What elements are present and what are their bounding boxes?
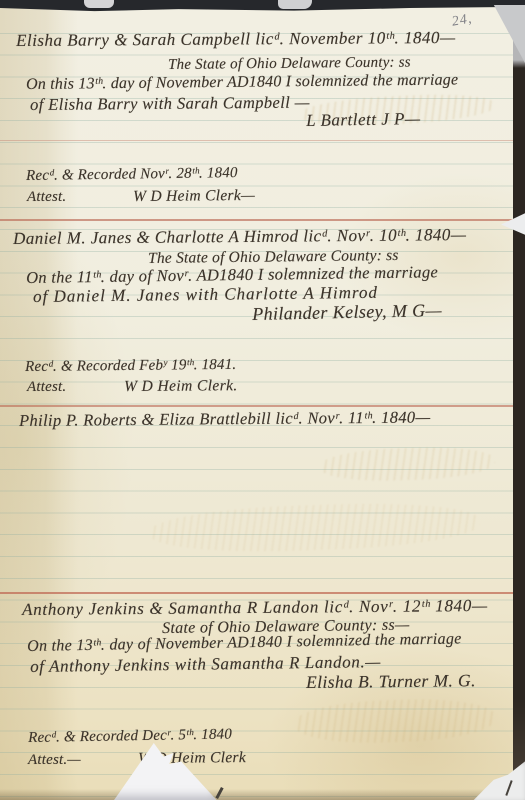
entry2-officiant-signature: Philander Kelsey, M G—	[252, 300, 442, 325]
entry4-attest-label: Attest.—	[28, 752, 81, 769]
entry2-clerk-signature: W D Heim Clerk.	[124, 377, 238, 396]
entry1-jurisdiction-line: The State of Ohio Delaware County: ss	[168, 54, 411, 74]
paper-fragment	[278, 0, 312, 9]
section-divider	[0, 140, 525, 141]
entry1-attest-label: Attest.	[27, 189, 66, 206]
paper-fragment	[84, 0, 114, 8]
section-divider	[0, 405, 525, 407]
entry2-recorded-line: Recᵈ. & Recorded Febʸ 19ᵗʰ. 1841.	[25, 357, 236, 376]
entry1-body-line2: of Elisha Barry with Sarah Campbell —	[30, 93, 310, 115]
entry1-officiant-signature: L Bartlett J P—	[306, 109, 421, 131]
entry4-officiant-signature: Elisha B. Turner M. G.	[306, 670, 476, 693]
ledger-page-scan: Elisha Barry & Sarah Campbell licᵈ. Nove…	[0, 0, 525, 800]
page-right-edge	[513, 8, 525, 792]
entry3-title: Philip P. Roberts & Eliza Brattlebill li…	[19, 407, 431, 431]
bottom-edge-shadow	[0, 789, 525, 800]
section-divider	[0, 592, 525, 594]
entry4-title: Anthony Jenkins & Samantha R Landon licᵈ…	[22, 596, 488, 620]
entry2-title: Daniel M. Janes & Charlotte A Himrod lic…	[13, 225, 466, 249]
entry1-recorded-line: Recᵈ. & Recorded Novʳ. 28ᵗʰ. 1840	[26, 165, 238, 185]
entry4-recorded-line: Recᵈ. & Recorded Decʳ. 5ᵗʰ. 1840	[28, 726, 232, 747]
section-divider	[0, 219, 525, 221]
entry1-clerk-signature: W D Heim Clerk—	[133, 187, 255, 206]
entry1-title: Elisha Barry & Sarah Campbell licᵈ. Nove…	[16, 28, 456, 51]
entry2-attest-label: Attest.	[27, 379, 66, 396]
